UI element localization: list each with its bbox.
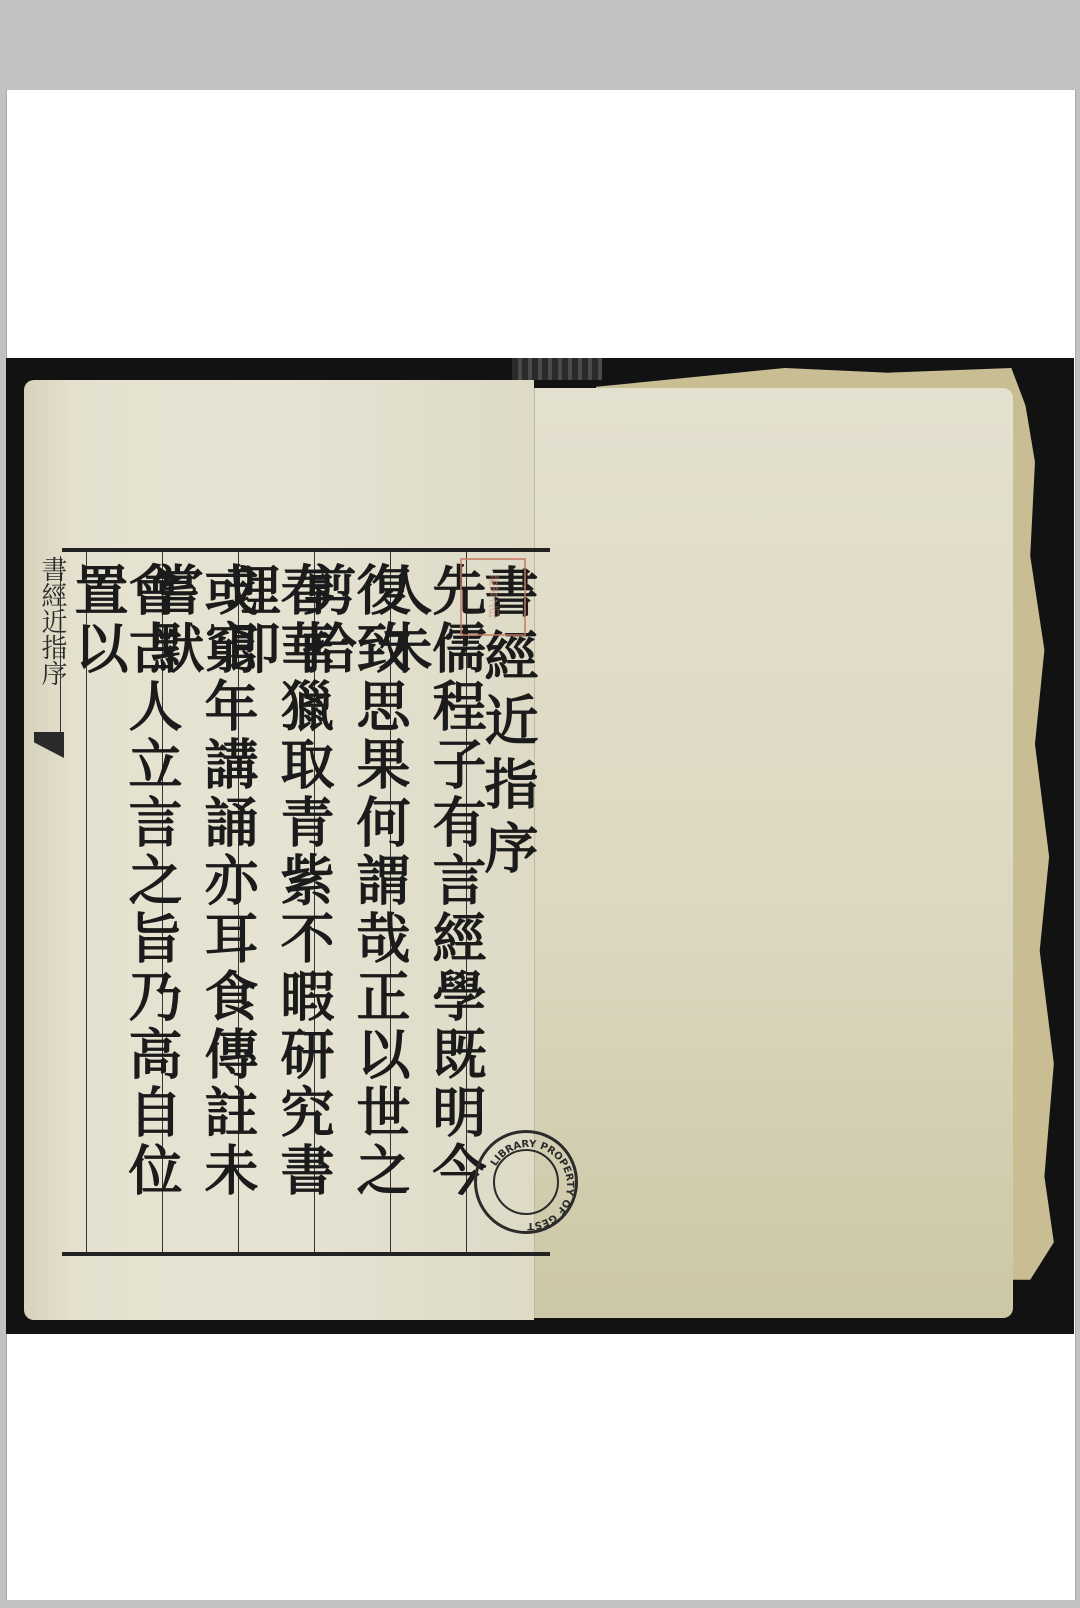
library-property-stamp-icon: LIBRARY PROPERTY OF GEST (474, 1130, 578, 1234)
svg-text:LIBRARY PROPERTY OF GEST: LIBRARY PROPERTY OF GEST (489, 1139, 575, 1231)
scanned-book-spread: 書經近指序 書經近指序 先儒程子有言經學既明今人未 復致思果何謂哉正以世之剪拾 … (6, 358, 1074, 1334)
red-collector-seal-icon: 藏書之印 (460, 558, 526, 636)
fore-edge-label: 書經近指序 (34, 556, 61, 746)
right-page-blank (534, 388, 1013, 1318)
stamp-ring-text: LIBRARY PROPERTY OF GEST (477, 1133, 581, 1237)
column-5: 會古人立言之旨乃高自位置以 (86, 552, 163, 1252)
spine-strip (512, 358, 602, 380)
column-text: 會古人立言之旨乃高自位置以 (71, 562, 179, 1252)
text-block: 書經近指序 書經近指序 先儒程子有言經學既明今人未 復致思果何謂哉正以世之剪拾 … (62, 548, 550, 1256)
left-page: 書經近指序 書經近指序 先儒程子有言經學既明今人未 復致思果何謂哉正以世之剪拾 … (24, 380, 534, 1320)
